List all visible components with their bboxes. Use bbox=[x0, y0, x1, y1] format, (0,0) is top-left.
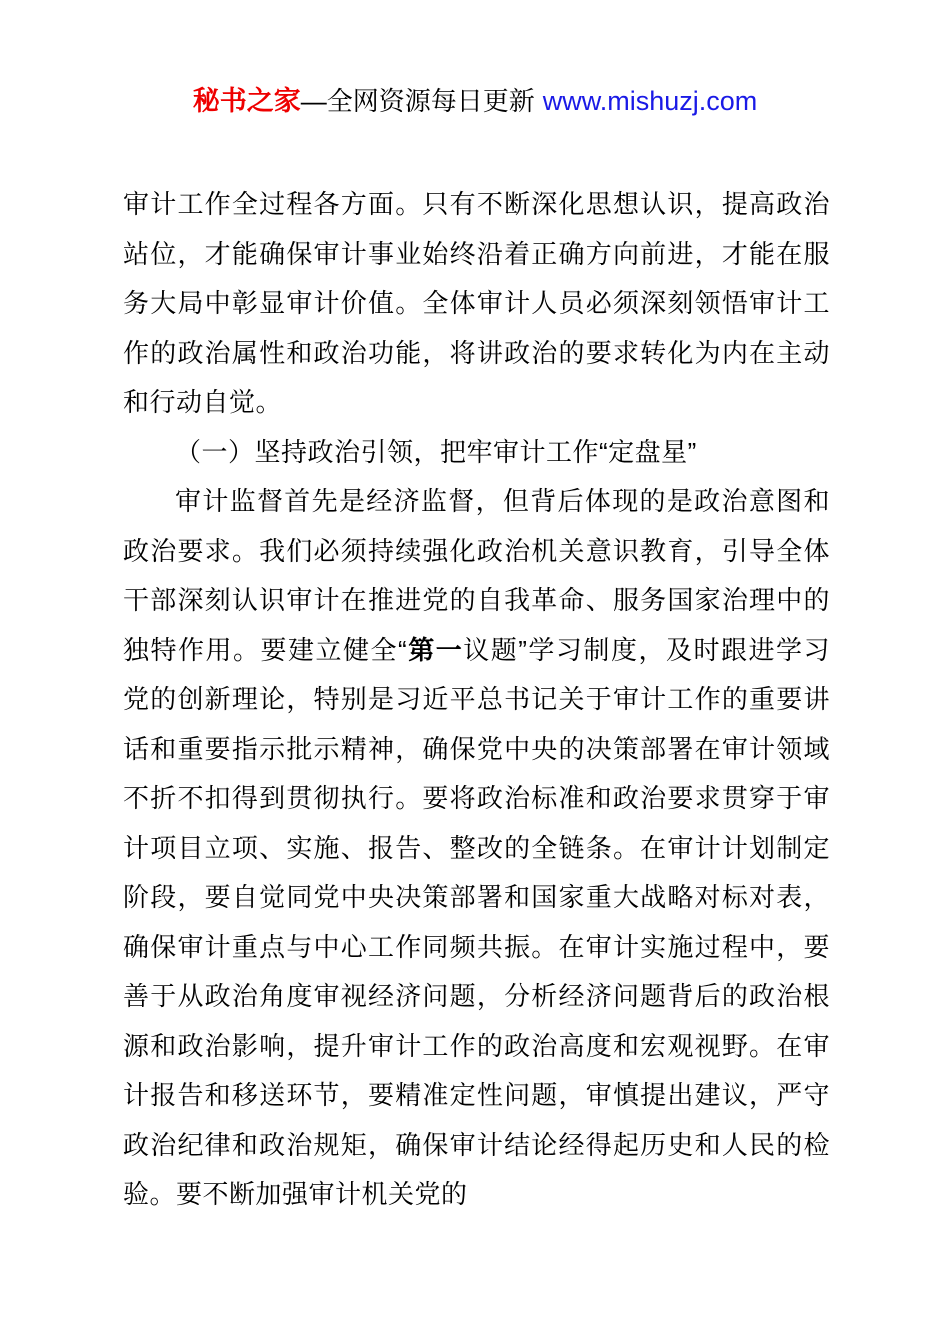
section-heading-1: （一）坚持政治引领，把牢审计工作“定盘星” bbox=[123, 428, 830, 478]
site-url-link[interactable]: www.mishuzj.com bbox=[543, 86, 758, 116]
site-name: 秘书之家 bbox=[193, 86, 301, 116]
paragraph-1: 审计工作全过程各方面。只有不断深化思想认识，提高政治站位，才能确保审计事业始终沿… bbox=[123, 180, 830, 428]
document-body: 审计工作全过程各方面。只有不断深化思想认识，提高政治站位，才能确保审计事业始终沿… bbox=[123, 180, 830, 1220]
paragraph-2: 审计监督首先是经济监督，但背后体现的是政治意图和政治要求。我们必须持续强化政治机… bbox=[123, 477, 830, 1220]
paragraph-2-bold-text: 第一 bbox=[407, 635, 463, 665]
paragraph-2-text-2: 议题”学习制度，及时跟进学习党的创新理论，特别是习近平总书记关于审计工作的重要讲… bbox=[123, 635, 830, 1210]
document-page: 秘书之家—全网资源每日更新www.mishuzj.com 审计工作全过程各方面。… bbox=[0, 0, 950, 1344]
site-header: 秘书之家—全网资源每日更新www.mishuzj.com bbox=[0, 0, 950, 118]
site-tagline: —全网资源每日更新 bbox=[301, 86, 535, 116]
